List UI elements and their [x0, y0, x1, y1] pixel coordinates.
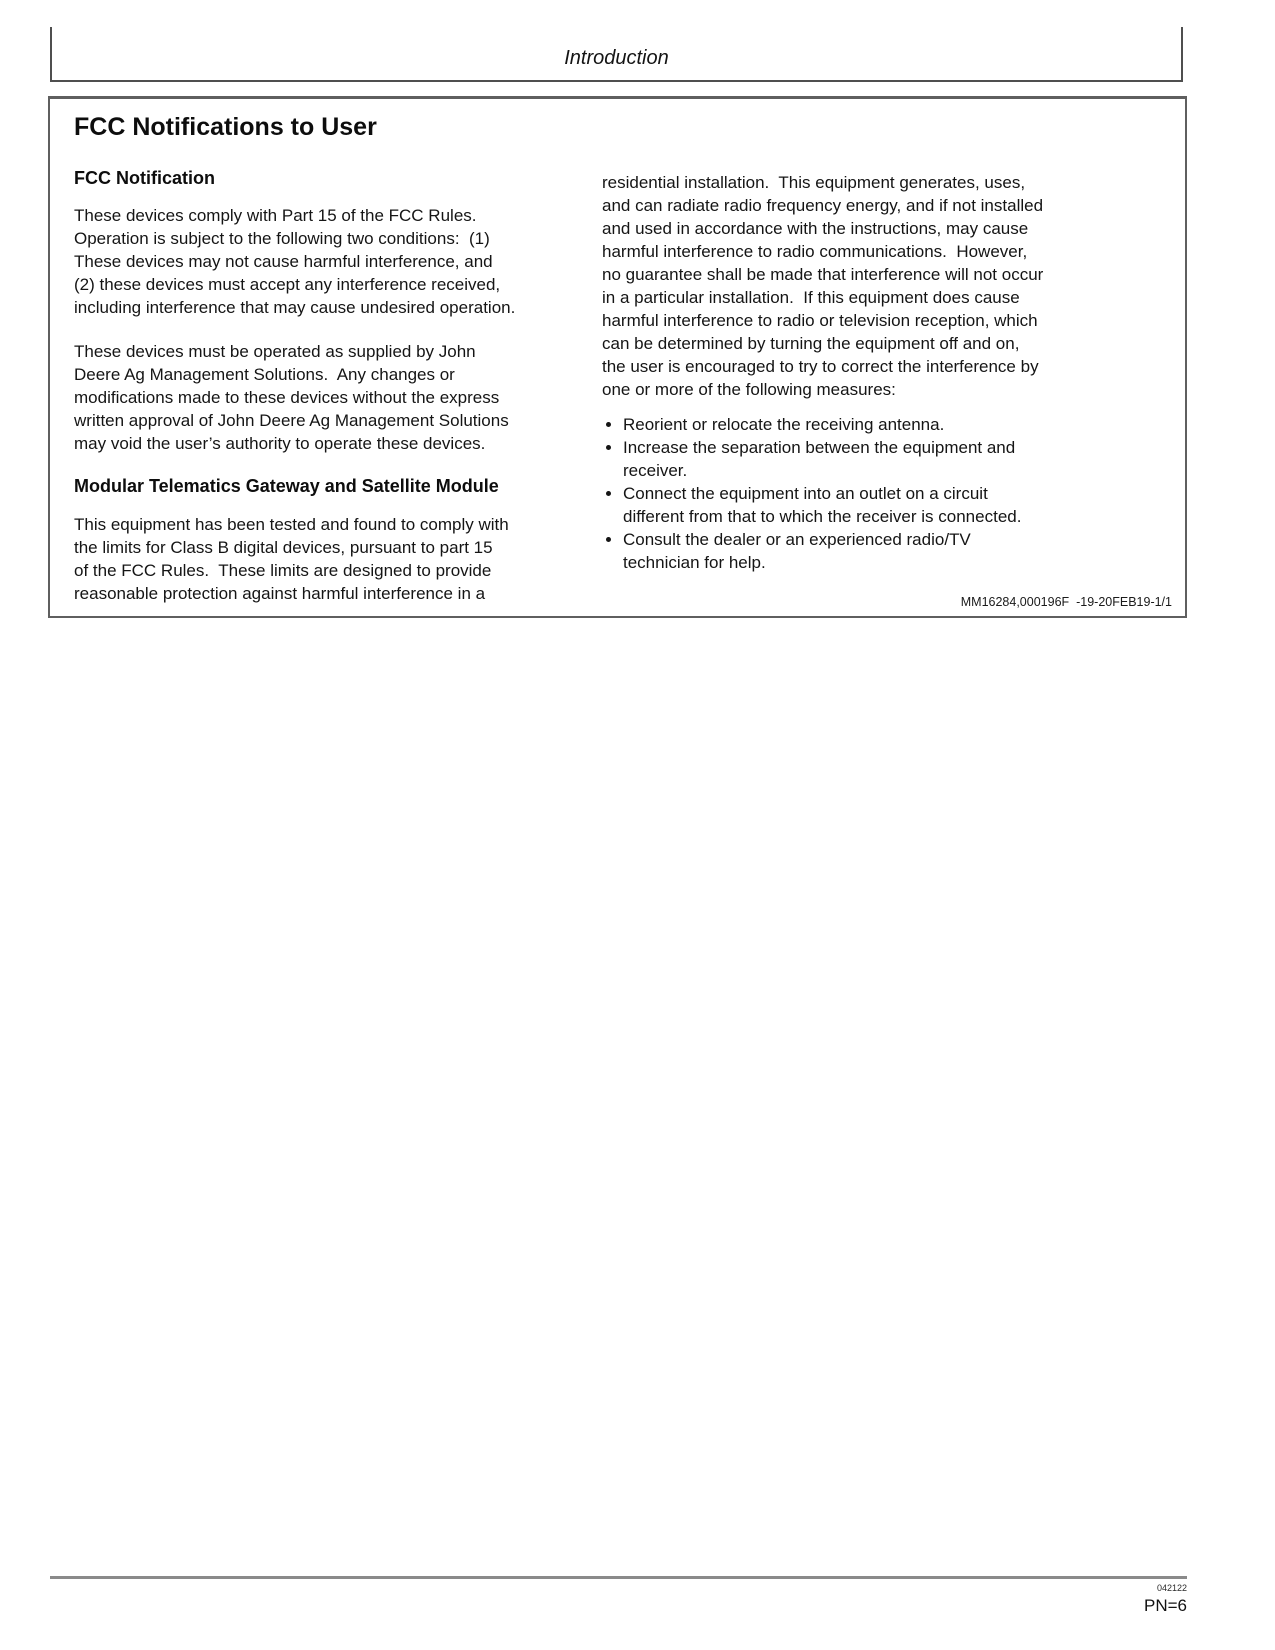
two-column-layout: FCC Notification These devices comply wi…: [74, 168, 1161, 605]
footer-date-code: 042122: [1157, 1583, 1187, 1593]
header-title: Introduction: [564, 37, 669, 70]
fcc-section-box: FCC Notifications to User FCC Notificati…: [48, 96, 1187, 618]
footer-divider: [50, 1576, 1187, 1579]
running-header: Introduction: [50, 27, 1183, 82]
measures-list: Reorient or relocate the receiving anten…: [602, 413, 1122, 574]
subheading-fcc-notification: FCC Notification: [74, 168, 590, 189]
paragraph-operation-authority: These devices must be operated as suppli…: [74, 340, 590, 455]
paragraph-interference-measures: residential installation. This equipment…: [602, 171, 1122, 401]
list-item-consult-dealer: Consult the dealer or an experienced rad…: [623, 528, 1122, 574]
list-item-increase-separation: Increase the separation between the equi…: [623, 436, 1122, 482]
subheading-modular-telematics: Modular Telematics Gateway and Satellite…: [74, 476, 590, 497]
paragraph-fcc-rules: These devices comply with Part 15 of the…: [74, 204, 590, 319]
footer-page-number: PN=6: [1144, 1596, 1187, 1616]
right-column: residential installation. This equipment…: [602, 168, 1122, 605]
section-title: FCC Notifications to User: [74, 113, 1161, 142]
list-item-reorient-antenna: Reorient or relocate the receiving anten…: [623, 413, 1122, 436]
left-column: FCC Notification These devices comply wi…: [74, 168, 590, 605]
paragraph-class-b-compliance: This equipment has been tested and found…: [74, 513, 590, 605]
reference-code: MM16284,000196F -19-20FEB19-1/1: [961, 595, 1172, 609]
list-item-connect-outlet: Connect the equipment into an outlet on …: [623, 482, 1122, 528]
